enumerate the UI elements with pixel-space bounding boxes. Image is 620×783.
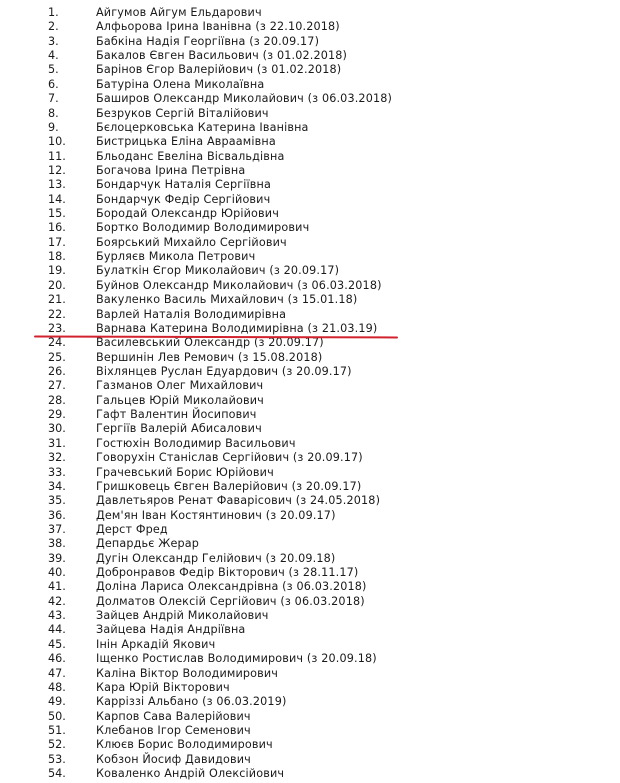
item-number: 19.	[48, 264, 66, 278]
item-number: 17.	[48, 236, 66, 250]
item-number: 41.	[48, 580, 66, 594]
item-number: 48.	[48, 681, 66, 695]
item-name: Каліна Віктор Володимирович	[96, 667, 278, 681]
list-item: 30.Гергіїв Валерій Абисалович	[0, 422, 620, 436]
list-item: 39.Дугін Олександр Гелійович (з 20.09.18…	[0, 552, 620, 566]
list-item: 44.Зайцева Надія Андріївна	[0, 623, 620, 637]
list-item: 35.Давлетьяров Ренат Фаварісович (з 24.0…	[0, 494, 620, 508]
item-name: Дем'ян Іван Костянтинович (з 20.09.17)	[96, 509, 336, 523]
list-item: 5.Барінов Єгор Валерійович (з 01.02.2018…	[0, 63, 620, 77]
list-item: 33.Грачевський Борис Юрійович	[0, 466, 620, 480]
item-name: Варлей Наталія Володимирівна	[96, 308, 286, 322]
item-name: Говорухін Станіслав Сергійович (з 20.09.…	[96, 451, 363, 465]
list-item: 51.Клебанов Ігор Семенович	[0, 724, 620, 738]
item-number: 14.	[48, 193, 66, 207]
item-name: Кара Юрій Вікторович	[96, 681, 230, 695]
item-name: Газманов Олег Михайлович	[96, 379, 263, 393]
item-number: 45.	[48, 638, 66, 652]
list-item: 6.Батуріна Олена Миколаївна	[0, 78, 620, 92]
list-item: 2.Алфьорова Ірина Іванівна (з 22.10.2018…	[0, 20, 620, 34]
list-item: 26.Віхлянцев Руслан Едуардович (з 20.09.…	[0, 365, 620, 379]
item-number: 26.	[48, 365, 66, 379]
item-name: Барінов Єгор Валерійович (з 01.02.2018)	[96, 63, 341, 77]
item-number: 21.	[48, 293, 66, 307]
item-number: 16.	[48, 221, 66, 235]
list-item: 32.Говорухін Станіслав Сергійович (з 20.…	[0, 451, 620, 465]
list-item: 42.Долматов Олексій Сергійович (з 06.03.…	[0, 595, 620, 609]
item-number: 47.	[48, 667, 66, 681]
list-item: 22.Варлей Наталія Володимирівна	[0, 308, 620, 322]
item-number: 50.	[48, 710, 66, 724]
item-number: 32.	[48, 451, 66, 465]
item-name: Гостюхін Володимир Васильович	[96, 437, 296, 451]
list-item: 18.Бурляєв Микола Петрович	[0, 250, 620, 264]
item-number: 31.	[48, 437, 66, 451]
item-name: Боярський Михайло Сергійович	[96, 236, 287, 250]
item-name: Депардьє Жерар	[96, 537, 199, 551]
item-number: 40.	[48, 566, 66, 580]
item-number: 11.	[48, 150, 66, 164]
item-name: Бистрицька Еліна Авраамівна	[96, 135, 276, 149]
item-number: 54.	[48, 767, 66, 781]
list-item: 41.Доліна Лариса Олександрівна (з 06.03.…	[0, 580, 620, 594]
list-item: 20.Буйнов Олександр Миколайович (з 06.03…	[0, 279, 620, 293]
list-item: 45.Інін Аркадій Якович	[0, 638, 620, 652]
item-name: Бльоданс Евеліна Вісвальдівна	[96, 150, 285, 164]
person-list: 1.Айгумов Айгум Ельдарович2.Алфьорова Ір…	[0, 6, 620, 781]
item-number: 7.	[48, 92, 59, 106]
item-name: Гальцев Юрій Миколайович	[96, 394, 264, 408]
item-name: Буйнов Олександр Миколайович (з 06.03.20…	[96, 279, 382, 293]
item-number: 22.	[48, 308, 66, 322]
list-item: 40.Добронравов Федір Вікторович (з 28.11…	[0, 566, 620, 580]
list-item: 11.Бльоданс Евеліна Вісвальдівна	[0, 150, 620, 164]
list-item: 4.Бакалов Євген Васильович (з 01.02.2018…	[0, 49, 620, 63]
item-name: Кобзон Йосиф Давидович	[96, 753, 251, 767]
list-item: 37.Дерст Фред	[0, 523, 620, 537]
list-item: 17.Боярський Михайло Сергійович	[0, 236, 620, 250]
item-name: Бурляєв Микола Петрович	[96, 250, 255, 264]
item-name: Коваленко Андрій Олексійович	[96, 767, 284, 781]
item-number: 38.	[48, 537, 66, 551]
item-number: 18.	[48, 250, 66, 264]
item-number: 43.	[48, 609, 66, 623]
item-number: 39.	[48, 552, 66, 566]
list-item: 47.Каліна Віктор Володимирович	[0, 667, 620, 681]
item-number: 37.	[48, 523, 66, 537]
item-name: Грачевський Борис Юрійович	[96, 466, 274, 480]
item-name: Добронравов Федір Вікторович (з 28.11.17…	[96, 566, 358, 580]
item-name: Віхлянцев Руслан Едуардович (з 20.09.17)	[96, 365, 352, 379]
list-item: 3.Бабкіна Надія Георгіївна (з 20.09.17)	[0, 35, 620, 49]
item-name: Клебанов Ігор Семенович	[96, 724, 251, 738]
item-name: Алфьорова Ірина Іванівна (з 22.10.2018)	[96, 20, 340, 34]
item-number: 29.	[48, 408, 66, 422]
list-item: 46.Іщенко Ростислав Володимирович (з 20.…	[0, 652, 620, 666]
item-name: Бакалов Євген Васильович (з 01.02.2018)	[96, 49, 347, 63]
item-number: 2.	[48, 20, 59, 34]
item-name: Бортко Володимир Володимирович	[96, 221, 309, 235]
list-item: 53.Кобзон Йосиф Давидович	[0, 753, 620, 767]
item-number: 1.	[48, 6, 59, 20]
list-item: 1.Айгумов Айгум Ельдарович	[0, 6, 620, 20]
item-name: Давлетьяров Ренат Фаварісович (з 24.05.2…	[96, 494, 380, 508]
item-number: 46.	[48, 652, 66, 666]
list-item: 52.Клюєв Борис Володимирович	[0, 738, 620, 752]
list-item: 27.Газманов Олег Михайлович	[0, 379, 620, 393]
item-number: 12.	[48, 164, 66, 178]
list-item: 28.Гальцев Юрій Миколайович	[0, 394, 620, 408]
list-item: 48.Кара Юрій Вікторович	[0, 681, 620, 695]
list-item: 13.Бондарчук Наталія Сергіївна	[0, 178, 620, 192]
item-name: Зайцев Андрій Миколайович	[96, 609, 269, 623]
item-number: 6.	[48, 78, 59, 92]
item-number: 44.	[48, 623, 66, 637]
item-number: 33.	[48, 466, 66, 480]
item-name: Доліна Лариса Олександрівна (з 06.03.201…	[96, 580, 367, 594]
item-number: 53.	[48, 753, 66, 767]
list-item: 54.Коваленко Андрій Олексійович	[0, 767, 620, 781]
list-item: 34.Гришковець Євген Валерійович (з 20.09…	[0, 480, 620, 494]
item-name: Батуріна Олена Миколаївна	[96, 78, 264, 92]
list-item: 49.Карріззі Альбано (з 06.03.2019)	[0, 695, 620, 709]
item-number: 51.	[48, 724, 66, 738]
item-number: 27.	[48, 379, 66, 393]
item-number: 30.	[48, 422, 66, 436]
item-name: Айгумов Айгум Ельдарович	[96, 6, 262, 20]
item-name: Бабкіна Надія Георгіївна (з 20.09.17)	[96, 35, 319, 49]
item-name: Гришковець Євген Валерійович (з 20.09.17…	[96, 480, 361, 494]
item-number: 49.	[48, 695, 66, 709]
list-item: 14.Бондарчук Федір Сергійович	[0, 193, 620, 207]
item-number: 3.	[48, 35, 59, 49]
list-item: 12.Богачова Ірина Петрівна	[0, 164, 620, 178]
item-name: Вершинін Лев Ремович (з 15.08.2018)	[96, 351, 322, 365]
item-name: Булаткін Єгор Миколайович (з 20.09.17)	[96, 264, 339, 278]
item-number: 36.	[48, 509, 66, 523]
list-item: 8.Безруков Сергій Віталійович	[0, 107, 620, 121]
item-name: Вакуленко Василь Михайлович (з 15.01.18)	[96, 293, 357, 307]
item-name: Безруков Сергій Віталійович	[96, 107, 269, 121]
item-number: 24.	[48, 336, 66, 350]
item-number: 8.	[48, 107, 59, 121]
list-item: 24.Василевський Олександр (з 20.09.17)	[0, 336, 620, 350]
item-name: Іщенко Ростислав Володимирович (з 20.09.…	[96, 652, 377, 666]
list-item: 36.Дем'ян Іван Костянтинович (з 20.09.17…	[0, 509, 620, 523]
item-name: Карпов Сава Валерійович	[96, 710, 251, 724]
list-item: 9.Бєлоцерковська Катерина Іванівна	[0, 121, 620, 135]
item-name: Баширов Олександр Миколайович (з 06.03.2…	[96, 92, 392, 106]
item-number: 9.	[48, 121, 59, 135]
list-item: 19.Булаткін Єгор Миколайович (з 20.09.17…	[0, 264, 620, 278]
item-number: 5.	[48, 63, 59, 77]
list-item: 38.Депардьє Жерар	[0, 537, 620, 551]
item-number: 42.	[48, 595, 66, 609]
item-number: 13.	[48, 178, 66, 192]
item-name: Гафт Валентин Йосипович	[96, 408, 257, 422]
item-number: 52.	[48, 738, 66, 752]
item-number: 4.	[48, 49, 59, 63]
item-name: Дерст Фред	[96, 523, 168, 537]
item-number: 28.	[48, 394, 66, 408]
item-name: Василевський Олександр (з 20.09.17)	[96, 336, 324, 350]
item-number: 34.	[48, 480, 66, 494]
list-item: 16.Бортко Володимир Володимирович	[0, 221, 620, 235]
item-number: 35.	[48, 494, 66, 508]
item-name: Бородай Олександр Юрійович	[96, 207, 279, 221]
item-name: Бондарчук Наталія Сергіївна	[96, 178, 271, 192]
item-name: Інін Аркадій Якович	[96, 638, 215, 652]
item-name: Гергіїв Валерій Абисалович	[96, 422, 262, 436]
item-name: Бєлоцерковська Катерина Іванівна	[96, 121, 309, 135]
list-item: 43.Зайцев Андрій Миколайович	[0, 609, 620, 623]
list-item: 29.Гафт Валентин Йосипович	[0, 408, 620, 422]
item-number: 10.	[48, 135, 66, 149]
item-number: 25.	[48, 351, 66, 365]
list-item: 21.Вакуленко Василь Михайлович (з 15.01.…	[0, 293, 620, 307]
item-name: Варнава Катерина Володимирівна (з 21.03.…	[96, 322, 377, 336]
list-item: 23.Варнава Катерина Володимирівна (з 21.…	[0, 322, 620, 336]
item-name: Долматов Олексій Сергійович (з 06.03.201…	[96, 595, 365, 609]
item-name: Зайцева Надія Андріївна	[96, 623, 245, 637]
item-name: Богачова Ірина Петрівна	[96, 164, 245, 178]
item-name: Клюєв Борис Володимирович	[96, 738, 273, 752]
list-item: 10.Бистрицька Еліна Авраамівна	[0, 135, 620, 149]
item-name: Дугін Олександр Гелійович (з 20.09.18)	[96, 552, 335, 566]
list-item: 50.Карпов Сава Валерійович	[0, 710, 620, 724]
list-item: 25.Вершинін Лев Ремович (з 15.08.2018)	[0, 351, 620, 365]
item-number: 15.	[48, 207, 66, 221]
list-item: 15.Бородай Олександр Юрійович	[0, 207, 620, 221]
list-item: 7.Баширов Олександр Миколайович (з 06.03…	[0, 92, 620, 106]
list-item: 31.Гостюхін Володимир Васильович	[0, 437, 620, 451]
item-number: 23.	[48, 322, 66, 336]
item-number: 20.	[48, 279, 66, 293]
item-name: Бондарчук Федір Сергійович	[96, 193, 270, 207]
item-name: Карріззі Альбано (з 06.03.2019)	[96, 695, 286, 709]
